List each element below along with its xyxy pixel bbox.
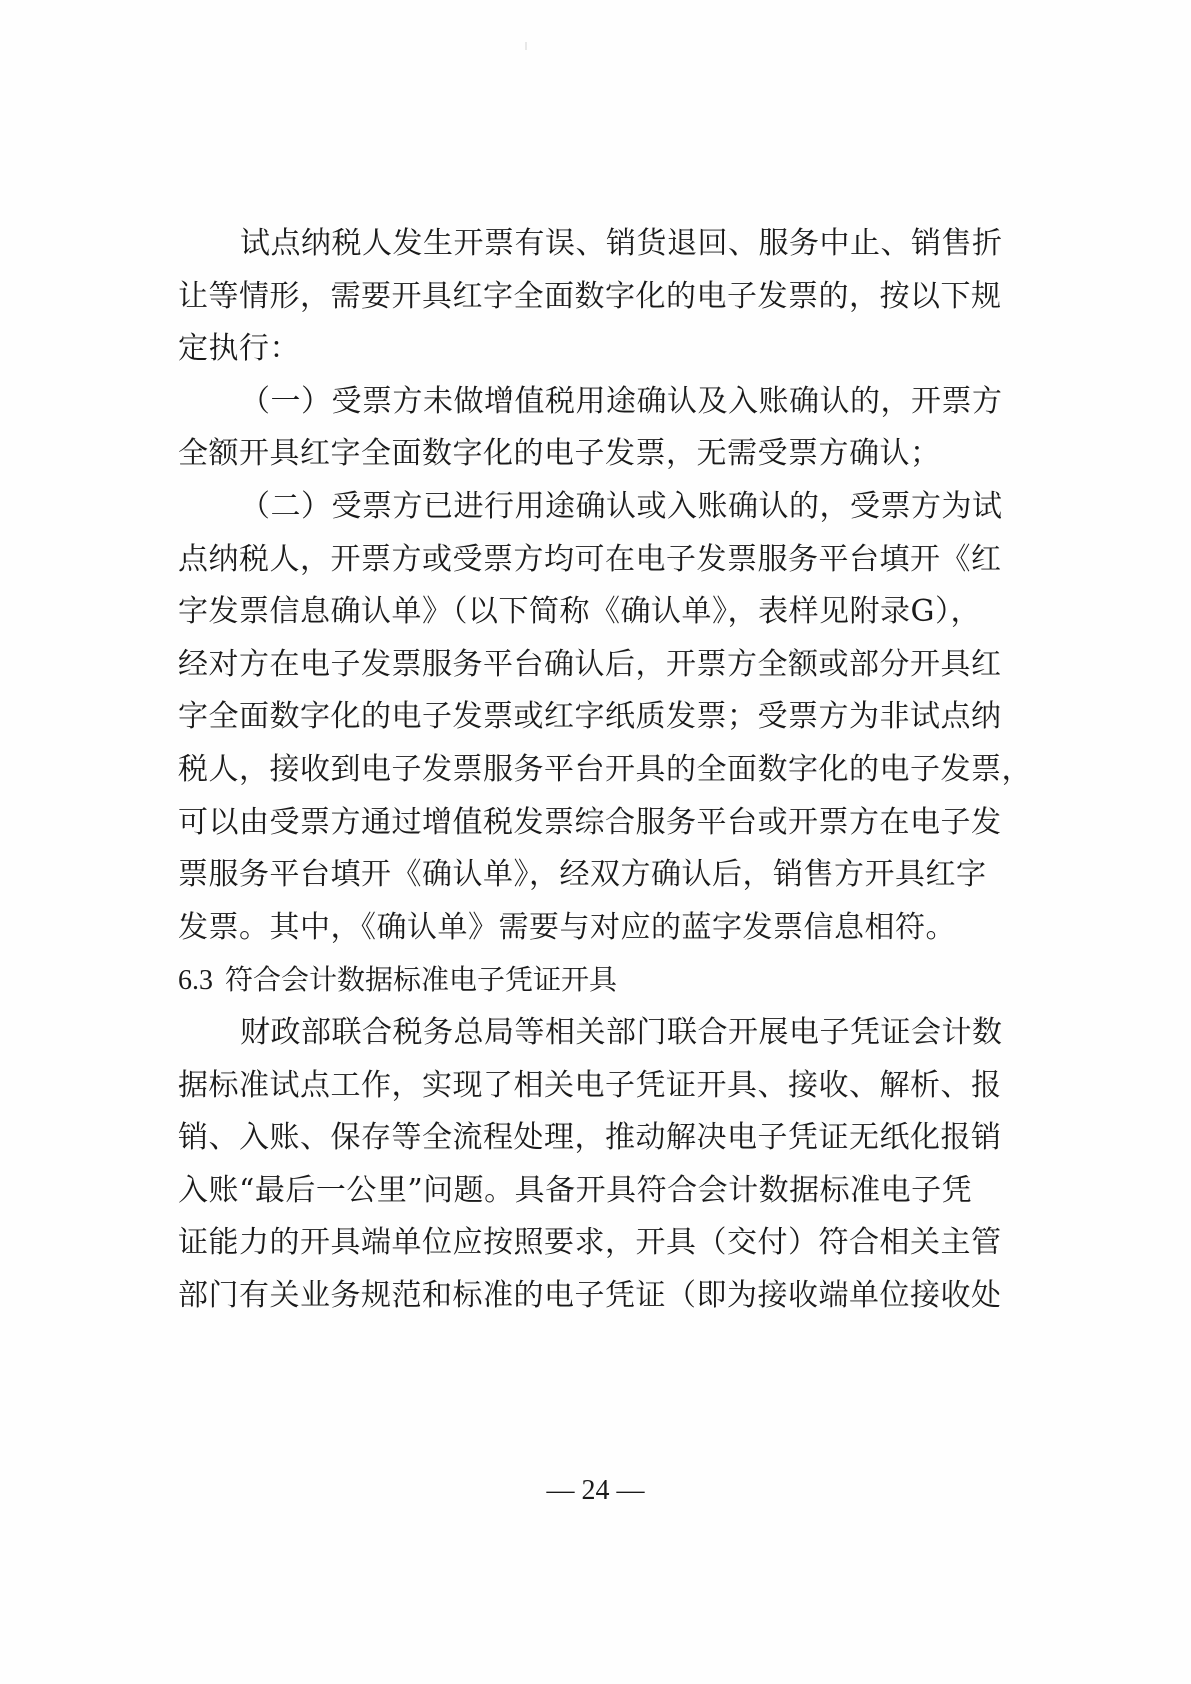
paragraph-4-line-3: 销、入账、保存等全流程处理，推动解决电子凭证无纸化报销 — [178, 1112, 953, 1165]
paragraph-3-line-4: 经对方在电子发票服务平台确认后，开票方全额或部分开具红 — [178, 639, 953, 692]
paragraph-3-line-7: 可以由受票方通过增值税发票综合服务平台或开票方在电子发 — [178, 797, 953, 850]
paragraph-3-line-2: 点纳税人，开票方或受票方均可在电子发票服务平台填开《红 — [178, 534, 953, 587]
section-title: 符合会计数据标准电子凭证开具 — [225, 963, 617, 996]
section-heading: 6.3符合会计数据标准电子凭证开具 — [178, 954, 953, 1007]
paragraph-3-line-8: 票服务平台填开《确认单》，经双方确认后，销售方开具红字 — [178, 849, 953, 902]
paragraph-3-line-6: 税人，接收到电子发票服务平台开具的全面数字化的电子发票， — [178, 744, 953, 797]
paragraph-4-line-4: 入账“最后一公里”问题。具备开具符合会计数据标准电子凭 — [178, 1165, 953, 1218]
document-page: 试点纳税人发生开票有误、销货退回、服务中止、销售折 让等情形，需要开具红字全面数… — [0, 0, 1191, 1684]
paragraph-3-line-1: （二）受票方已进行用途确认或入账确认的，受票方为试 — [178, 481, 953, 534]
body-text: 试点纳税人发生开票有误、销货退回、服务中止、销售折 让等情形，需要开具红字全面数… — [178, 218, 953, 1322]
paragraph-4-line-1: 财政部联合税务总局等相关部门联合开展电子凭证会计数 — [178, 1007, 953, 1060]
paragraph-1-line-3: 定执行： — [178, 323, 953, 376]
paragraph-3-line-9: 发票。其中，《确认单》需要与对应的蓝字发票信息相符。 — [178, 902, 953, 955]
paragraph-3-line-5: 字全面数字化的电子发票或红字纸质发票；受票方为非试点纳 — [178, 691, 953, 744]
page-number: — 24 — — [0, 1475, 1191, 1507]
paragraph-4-line-5: 证能力的开具端单位应按照要求，开具（交付）符合相关主管 — [178, 1217, 953, 1270]
paragraph-3-line-3: 字发票信息确认单》（以下简称《确认单》，表样见附录G）， — [178, 586, 953, 639]
paragraph-1-line-1: 试点纳税人发生开票有误、销货退回、服务中止、销售折 — [178, 218, 953, 271]
scan-artifact — [525, 42, 527, 50]
paragraph-4-line-2: 据标准试点工作，实现了相关电子凭证开具、接收、解析、报 — [178, 1060, 953, 1113]
section-number: 6.3 — [178, 965, 213, 996]
paragraph-2-line-2: 全额开具红字全面数字化的电子发票，无需受票方确认； — [178, 428, 953, 481]
paragraph-2-line-1: （一）受票方未做增值税用途确认及入账确认的，开票方 — [178, 376, 953, 429]
paragraph-1-line-2: 让等情形，需要开具红字全面数字化的电子发票的，按以下规 — [178, 271, 953, 324]
paragraph-4-line-6: 部门有关业务规范和标准的电子凭证（即为接收端单位接收处 — [178, 1270, 953, 1323]
